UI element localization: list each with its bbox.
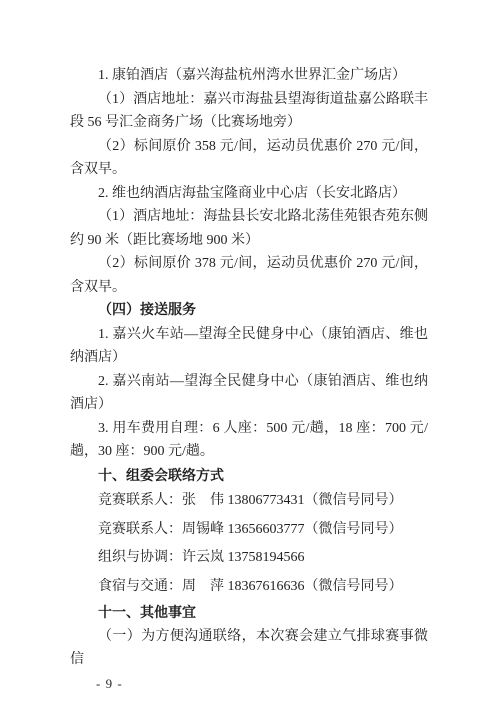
hotel-1-address: （1）酒店地址：嘉兴市海盐县望海街道盐嘉公路联丰段 56 号汇金商务广场（比赛场… xyxy=(70,88,428,135)
hotel-1-title: 1. 康铂酒店（嘉兴海盐杭州湾水世界汇金广场店） xyxy=(70,64,428,88)
shuttle-route-1: 1. 嘉兴火车站—望海全民健身中心（康铂酒店、维也纳酒店） xyxy=(70,323,428,370)
hotel-2-price: （2）标间原价 378 元/间，运动员优惠价 270 元/间，含双早。 xyxy=(70,252,428,299)
hotel-1-price: （2）标间原价 358 元/间，运动员优惠价 270 元/间，含双早。 xyxy=(70,135,428,182)
other-matters-intro: （一）为方便沟通联络，本次赛会建立气排球赛事微信 xyxy=(70,625,428,672)
contact-competition-1: 竞赛联系人：张 伟 13806773431（微信号同号） xyxy=(70,487,428,516)
hotel-2-title: 2. 维也纳酒店海盐宝隆商业中心店（长安北路店） xyxy=(70,182,428,206)
contact-competition-2: 竞赛联系人：周锡峰 13656603777（微信号同号） xyxy=(70,516,428,545)
shuttle-route-2: 2. 嘉兴南站—望海全民健身中心（康铂酒店、维也纳酒店） xyxy=(70,370,428,417)
page-number: - 9 - xyxy=(70,672,428,696)
document-page: 1. 康铂酒店（嘉兴海盐杭州湾水世界汇金广场店） （1）酒店地址：嘉兴市海盐县望… xyxy=(0,0,500,706)
contact-organization-coordination: 组织与协调：许云岚 13758194566 xyxy=(70,544,428,573)
shuttle-fees: 3. 用车费用自理：6 人座：500 元/趟，18 座：700 元/趟，30 座… xyxy=(70,417,428,464)
section-heading-committee-contacts: 十、组委会联络方式 xyxy=(70,464,428,488)
section-heading-other-matters: 十一、其他事宜 xyxy=(70,601,428,625)
contact-accommodation-transport: 食宿与交通：周 萍 18367616636（微信号同号） xyxy=(70,573,428,602)
hotel-2-address: （1）酒店地址：海盐县长安北路北荡佳苑银杏苑东侧约 90 米（距比赛场地 900… xyxy=(70,205,428,252)
section-heading-shuttle-service: （四）接送服务 xyxy=(70,299,428,323)
